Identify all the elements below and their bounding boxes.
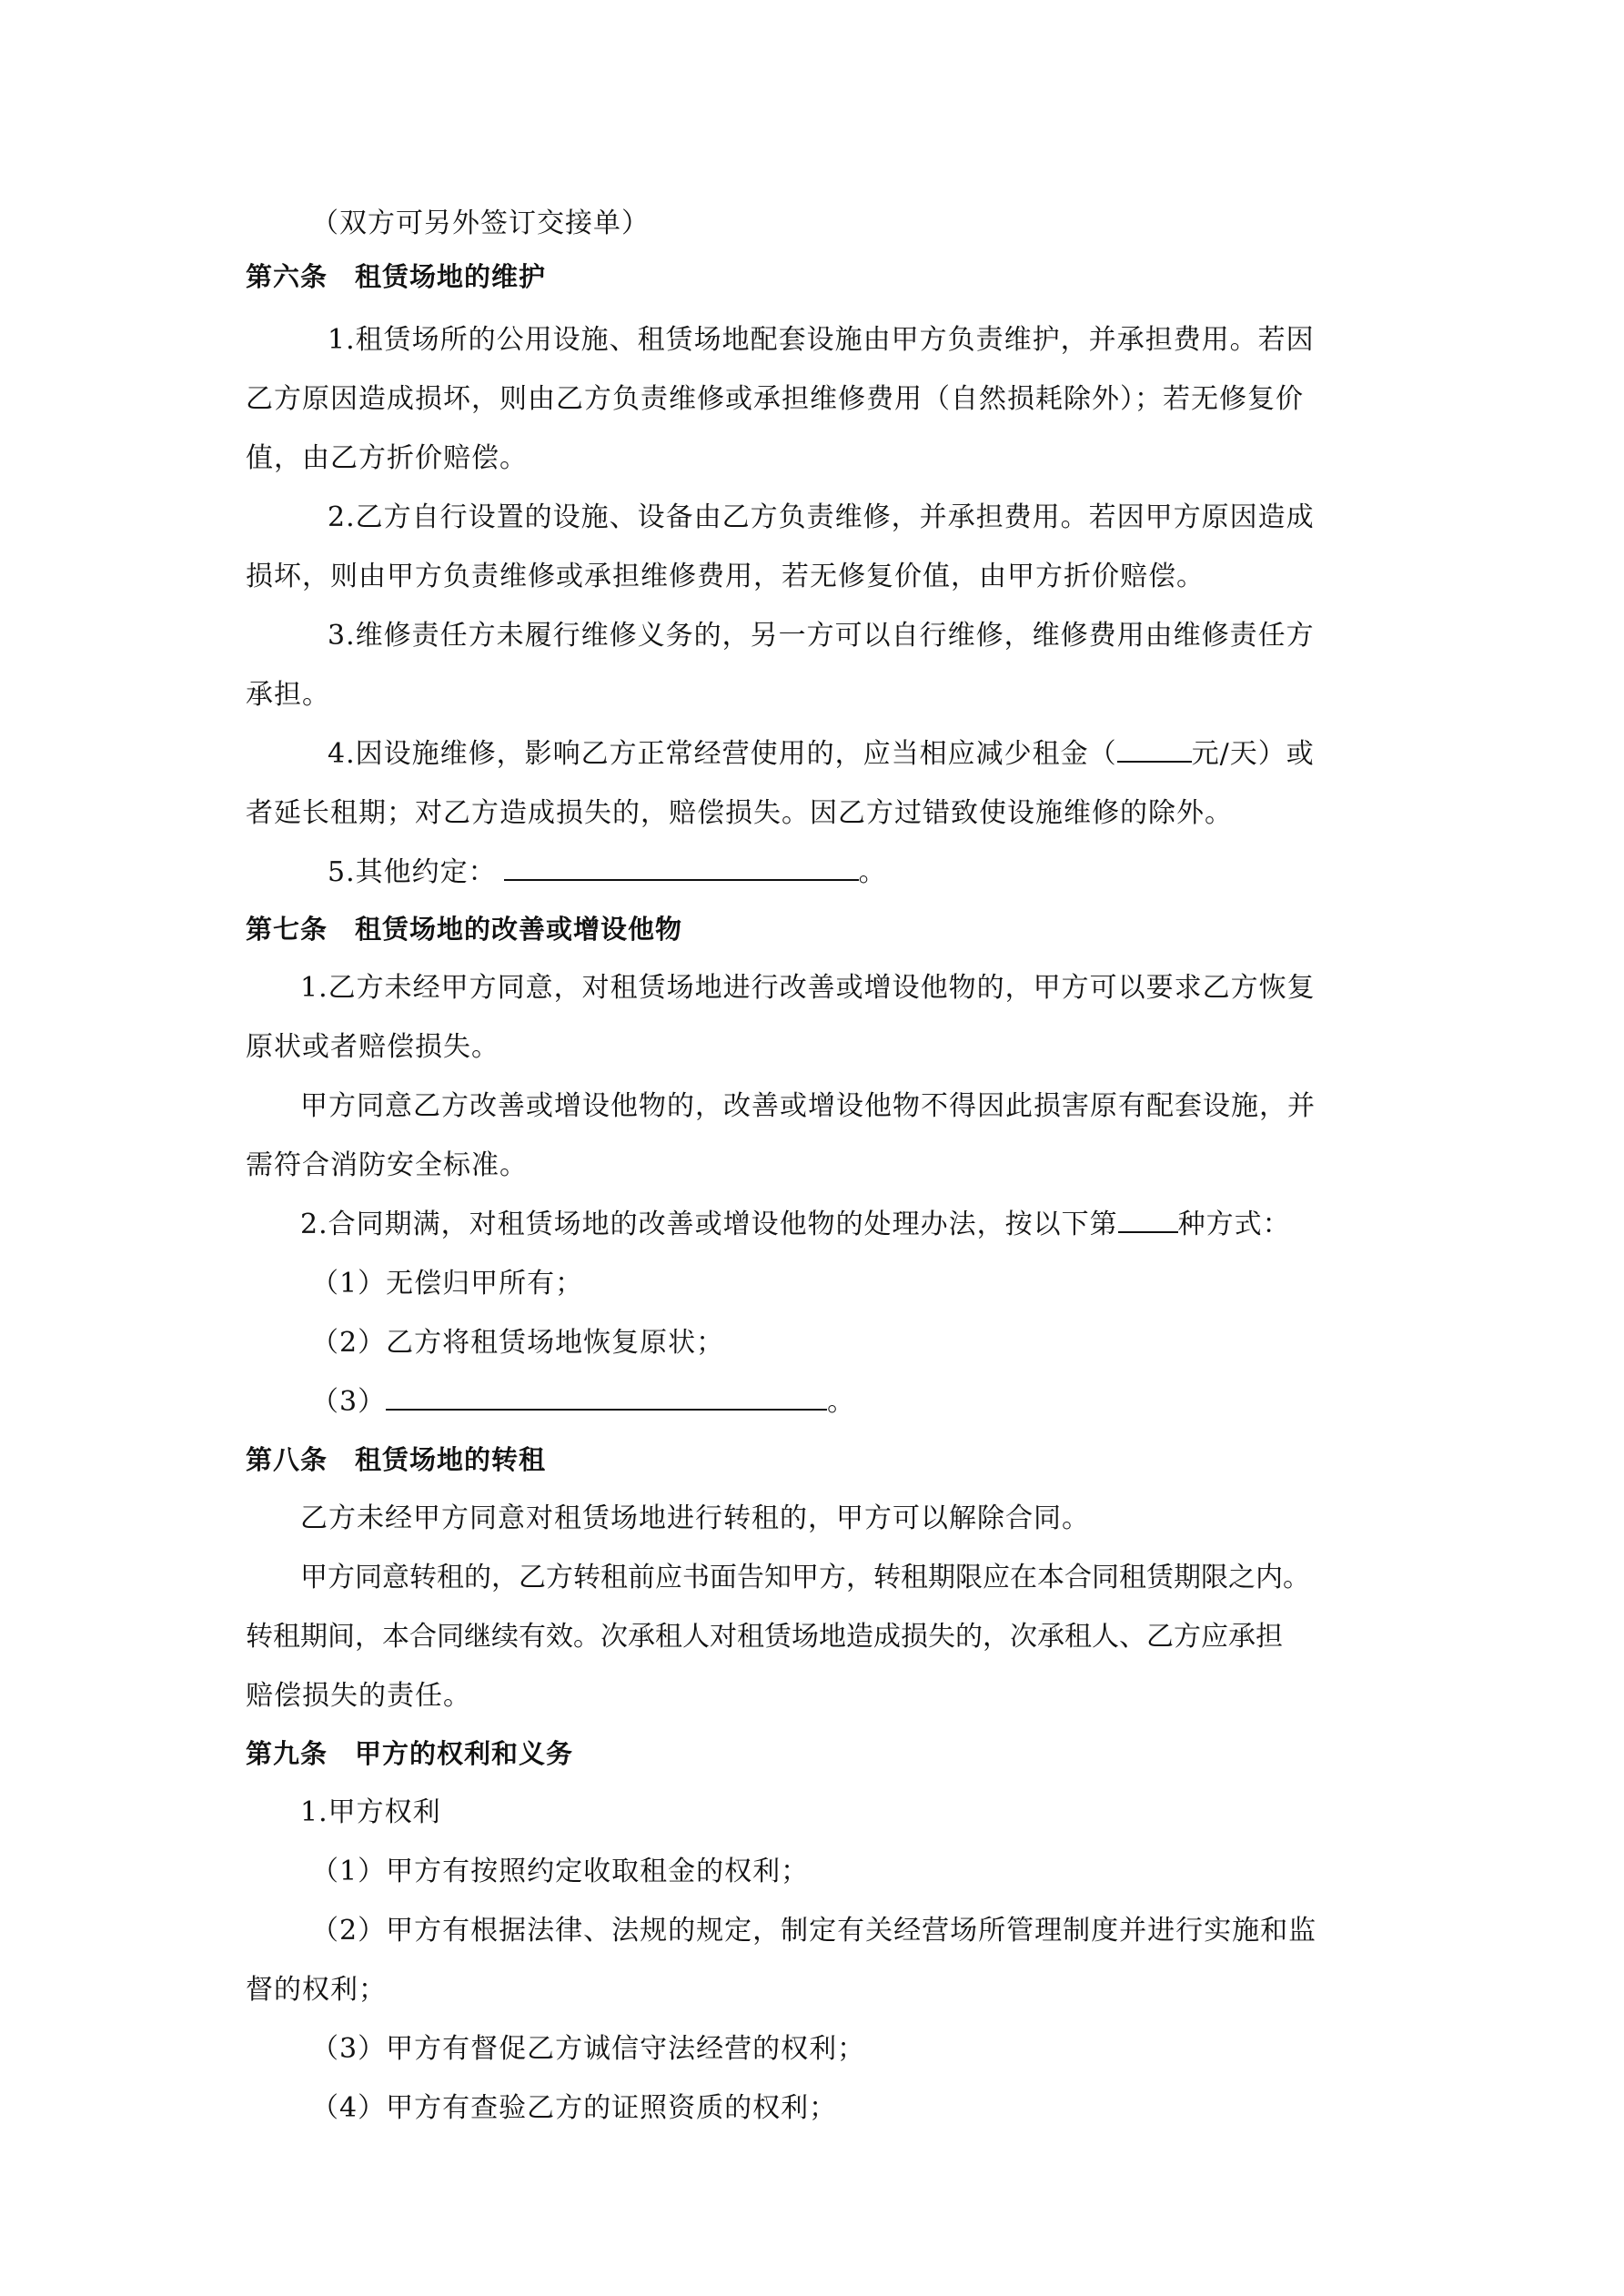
text-segment: 元/天）或 bbox=[1192, 738, 1315, 770]
paragraph-line: 者延长租期；对乙方造成损失的，赔偿损失。因乙方过错致使设施维修的除外。 bbox=[246, 795, 1233, 832]
list-item: （1）无偿归甲所有； bbox=[311, 1266, 583, 1302]
heading-article-7: 第七条 租赁场地的改善或增设他物 bbox=[246, 911, 682, 947]
paragraph-line: 赔偿损失的责任。 bbox=[246, 1678, 471, 1714]
list-item: （2）乙方将租赁场地恢复原状； bbox=[311, 1325, 724, 1361]
text-segment: 。 bbox=[859, 856, 887, 888]
heading-article-6: 第六条 租赁场地的维护 bbox=[246, 258, 546, 295]
list-item: （4）甲方有查验乙方的证照资质的权利； bbox=[311, 2090, 837, 2127]
method-3-blank bbox=[386, 1385, 827, 1411]
method-number-blank bbox=[1118, 1208, 1178, 1233]
paragraph-line: 5.其他约定：。 bbox=[328, 855, 887, 891]
paragraph-line: 1.乙方未经甲方同意，对租赁场地进行改善或增设他物的，甲方可以要求乙方恢复 bbox=[300, 970, 1316, 1006]
paragraph-line: 1.甲方权利 bbox=[300, 1795, 441, 1831]
paragraph-line: 3.维修责任方未履行维修义务的，另一方可以自行维修，维修费用由维修责任方 bbox=[328, 618, 1315, 654]
paragraph-line: 2.乙方自行设置的设施、设备由乙方负责维修，并承担费用。若因甲方原因造成 bbox=[328, 500, 1315, 536]
paragraph-line: 甲方同意乙方改善或增设他物的，改善或增设他物不得因此损害原有配套设施，并 bbox=[300, 1088, 1316, 1125]
other-agreement-blank bbox=[504, 855, 859, 881]
paragraph-line: 损坏，则由甲方负责维修或承担维修费用，若无修复价值，由甲方折价赔偿。 bbox=[246, 559, 1205, 595]
list-item: （1）甲方有按照约定收取租金的权利； bbox=[311, 1854, 809, 1890]
paragraph-line: 承担。 bbox=[246, 677, 330, 713]
text-segment: 2.合同期满，对租赁场地的改善或增设他物的处理办法，按以下第 bbox=[300, 1209, 1118, 1240]
list-item: （3）。 bbox=[311, 1384, 855, 1421]
text-segment: 4.因设施维修，影响乙方正常经营使用的，应当相应减少租金（ bbox=[328, 738, 1117, 770]
paragraph-line: 乙方未经甲方同意对租赁场地进行转租的，甲方可以解除合同。 bbox=[300, 1501, 1090, 1537]
paragraph-line: 值，由乙方折价赔偿。 bbox=[246, 440, 528, 477]
heading-article-9: 第九条 甲方的权利和义务 bbox=[246, 1735, 573, 1772]
paragraph-line: 转租期间，本合同继续有效。次承租人对租赁场地造成损失的，次承租人、乙方应承担 bbox=[246, 1619, 1283, 1655]
rent-reduction-blank bbox=[1117, 737, 1192, 763]
text-segment: 5.其他约定： bbox=[328, 856, 497, 888]
paragraph-line: 原状或者赔偿损失。 bbox=[246, 1029, 499, 1066]
note-handover: （双方可另外签订交接单） bbox=[311, 206, 650, 242]
heading-article-8: 第八条 租赁场地的转租 bbox=[246, 1441, 546, 1478]
paragraph-line: 需符合消防安全标准。 bbox=[246, 1148, 528, 1184]
paragraph-line: 2.合同期满，对租赁场地的改善或增设他物的处理办法，按以下第种方式： bbox=[300, 1207, 1291, 1243]
list-item: （3）甲方有督促乙方诚信守法经营的权利； bbox=[311, 2031, 865, 2068]
text-segment: （3） bbox=[311, 1386, 386, 1418]
text-segment: 。 bbox=[827, 1386, 855, 1418]
paragraph-line: 1.租赁场所的公用设施、租赁场地配套设施由甲方负责维护，并承担费用。若因 bbox=[328, 322, 1315, 359]
text-segment: 种方式： bbox=[1178, 1209, 1291, 1240]
paragraph-line: 甲方同意转租的，乙方转租前应书面告知甲方，转租期限应在本合同租赁期限之内。 bbox=[300, 1560, 1310, 1596]
paragraph-line: 4.因设施维修，影响乙方正常经营使用的，应当相应减少租金（元/天）或 bbox=[328, 736, 1315, 773]
list-item: （2）甲方有根据法律、法规的规定，制定有关经营场所管理制度并进行实施和监 bbox=[311, 1913, 1316, 1949]
paragraph-line: 督的权利； bbox=[246, 1972, 387, 2008]
paragraph-line: 乙方原因造成损坏，则由乙方负责维修或承担维修费用（自然损耗除外）；若无修复价 bbox=[246, 381, 1304, 418]
